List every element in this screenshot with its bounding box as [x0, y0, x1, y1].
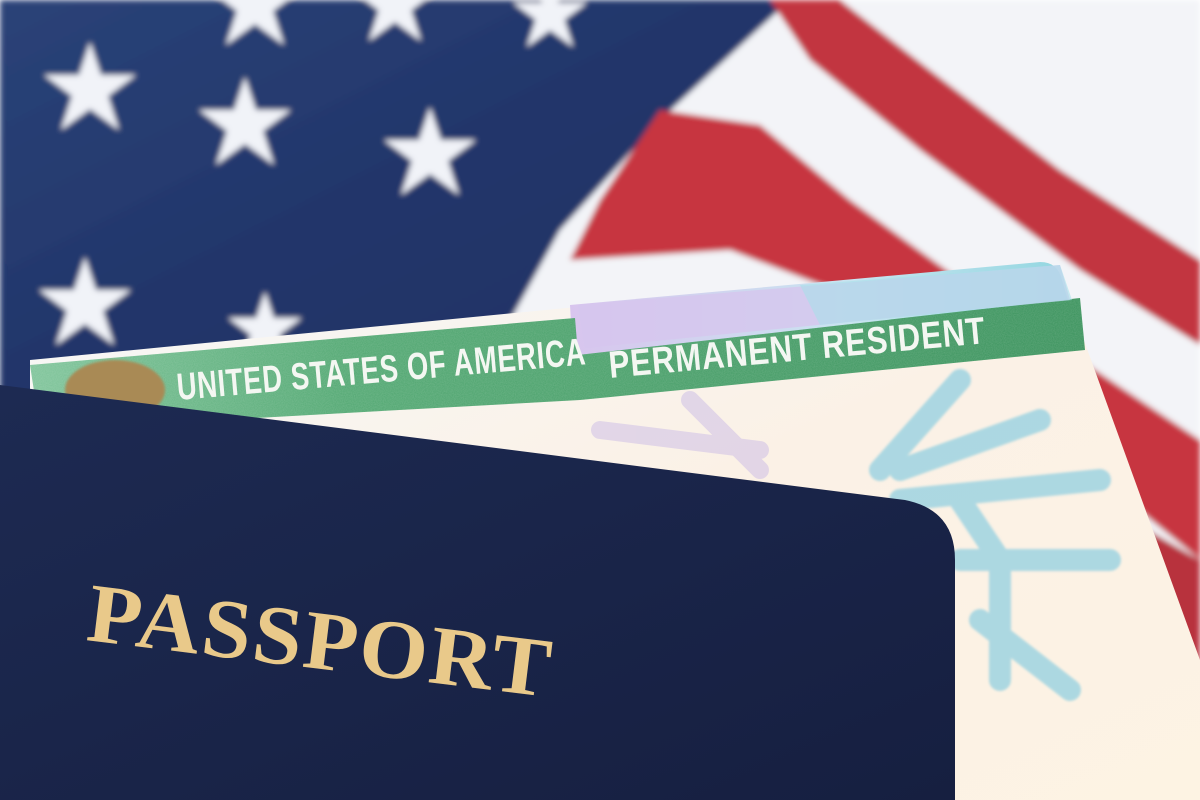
photo-scene: UNITED STATES OF AMERICA PERMANENT RESID… — [0, 0, 1200, 800]
photo-canvas: UNITED STATES OF AMERICA PERMANENT RESID… — [0, 0, 1200, 800]
